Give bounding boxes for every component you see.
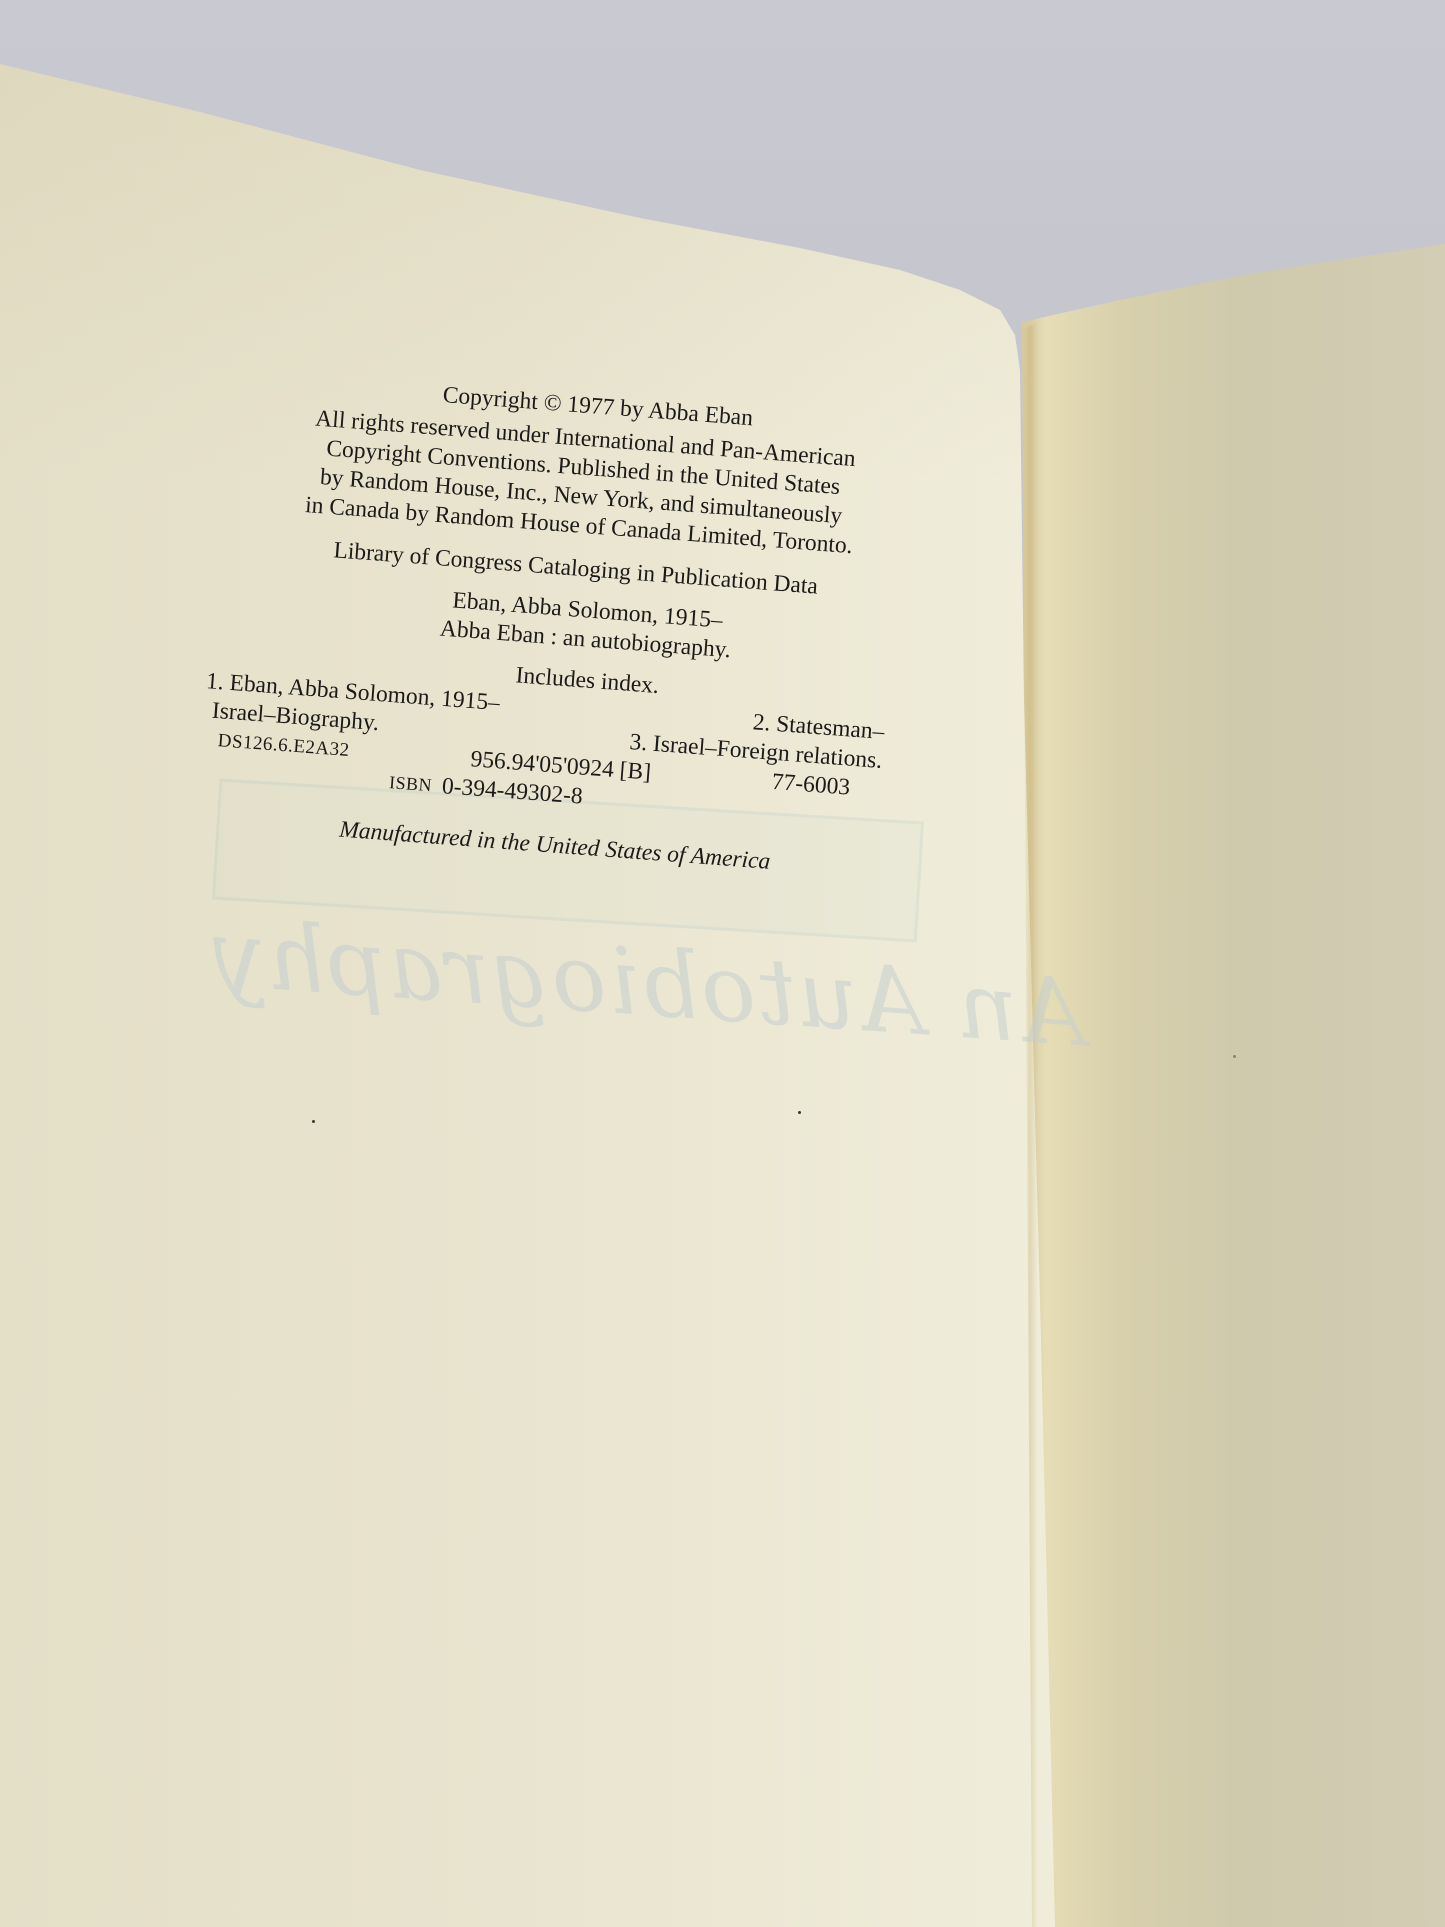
copyright-text-block: Copyright © 1977 by Abba Eban All rights… — [195, 365, 948, 888]
paper-speck — [798, 1111, 801, 1114]
isbn-label: ISBN — [388, 768, 433, 800]
lccn: 77-6003 — [771, 768, 851, 803]
paper-speck — [312, 1120, 315, 1123]
paper-speck — [1233, 1055, 1236, 1058]
